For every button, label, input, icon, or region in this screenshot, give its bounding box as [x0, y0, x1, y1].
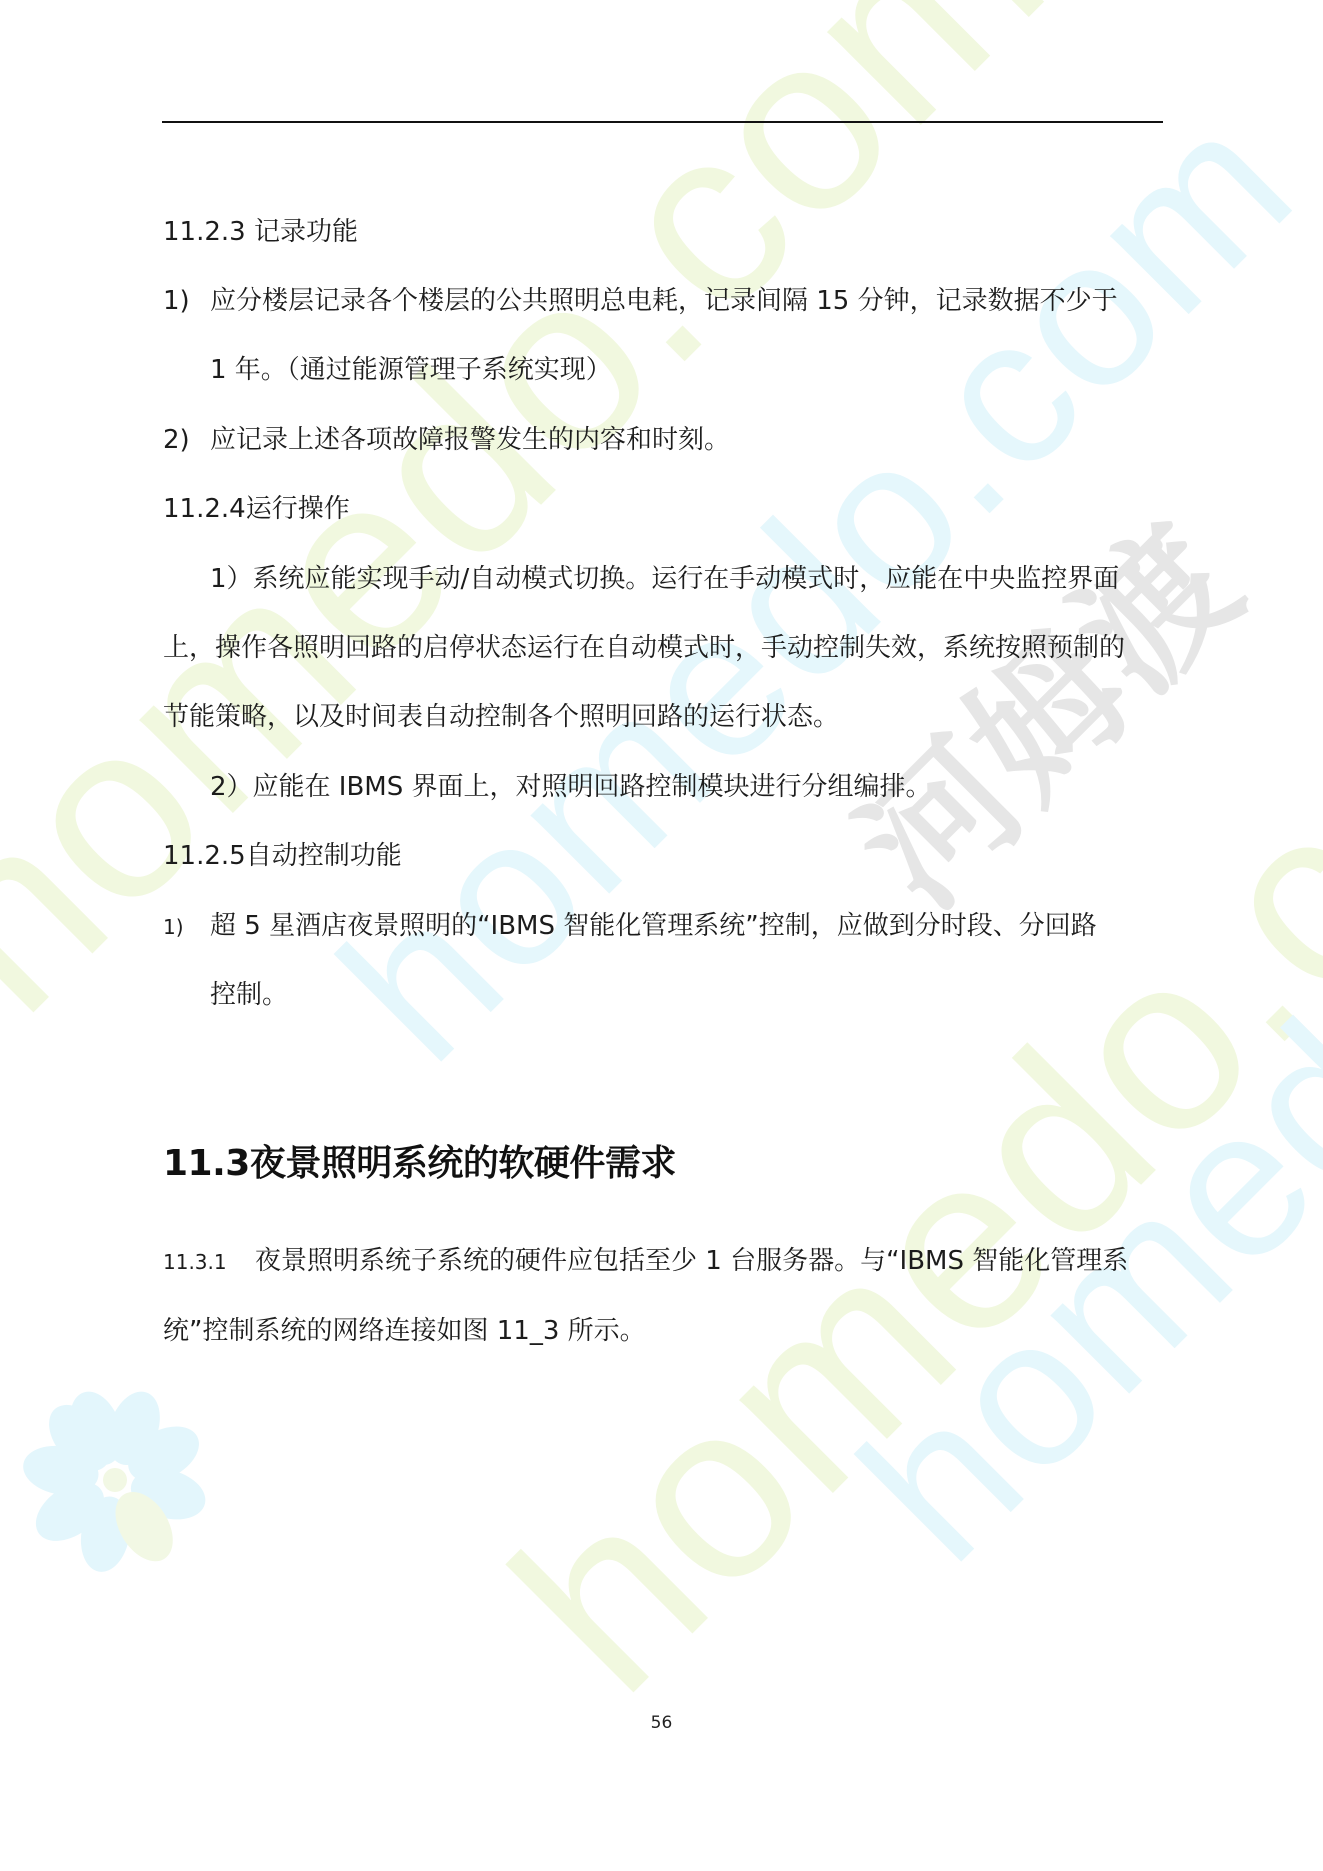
paragraph-1-line-2: 上，操作各照明回路的启停状态运行在自动模式时，手动控制失效，系统按照预制的 — [163, 632, 1125, 664]
list-marker: 2) — [163, 424, 210, 456]
list-item-text: 应记录上述各项故障报警发生的内容和时刻。 — [210, 425, 730, 455]
list-marker: 1) — [163, 285, 210, 317]
homedo-flower-logo-icon — [15, 1380, 215, 1580]
heading-11-2-3: 11.2.3 记录功能 — [163, 216, 358, 248]
subsection-text: 夜景照明系统子系统的硬件应包括至少 1 台服务器。与“IBMS 智能化管理系 — [255, 1246, 1128, 1276]
header-rule — [162, 121, 1163, 123]
paragraph-2: 2）应能在 IBMS 界面上，对照明回路控制模块进行分组编排。 — [210, 771, 932, 803]
heading-11-2-5: 11.2.5自动控制功能 — [163, 840, 402, 872]
paragraph-1-line-1: 1）系统应能实现手动/自动模式切换。运行在手动模式时，应能在中央监控界面 — [210, 563, 1119, 595]
list-item-2: 2)应记录上述各项故障报警发生的内容和时刻。 — [163, 424, 730, 456]
list-item-1-continuation: 1 年。（通过能源管理子系统实现） — [210, 354, 612, 386]
subsection-number: 11.3.1 — [163, 1246, 255, 1278]
paragraph-1-line-3: 节能策略，以及时间表自动控制各个照明回路的运行状态。 — [163, 701, 839, 733]
watermark-homedo-cyan-2: homedo.com — [814, 563, 1323, 1607]
list-item-1: 1)应分楼层记录各个楼层的公共照明总电耗，记录间隔 15 分钟，记录数据不少于 — [163, 285, 1118, 317]
heading-11-2-4: 11.2.4运行操作 — [163, 493, 350, 525]
list-item-text: 应分楼层记录各个楼层的公共照明总电耗，记录间隔 15 分钟，记录数据不少于 — [210, 286, 1118, 316]
watermark-homedo-green-2: homedo.com — [459, 506, 1323, 1745]
subsection-11-3-1-continuation: 统”控制系统的网络连接如图 11_3 所示。 — [163, 1315, 646, 1347]
page-number: 56 — [0, 1713, 1323, 1733]
list-marker: 1) — [163, 911, 210, 943]
watermark-hemudu-cjk: 河姆渡 — [804, 469, 1279, 944]
section-heading-11-3: 11.3夜景照明系统的软硬件需求 — [163, 1142, 676, 1186]
list-item-auto-1-continuation: 控制。 — [210, 979, 288, 1011]
list-item-auto-1: 1)超 5 星酒店夜景照明的“IBMS 智能化管理系统”控制，应做到分时段、分回… — [163, 910, 1097, 943]
subsection-11-3-1: 11.3.1夜景照明系统子系统的硬件应包括至少 1 台服务器。与“IBMS 智能… — [163, 1245, 1128, 1278]
watermark-homedo-green-1: homedo.com — [0, 0, 1098, 1065]
list-item-text: 超 5 星酒店夜景照明的“IBMS 智能化管理系统”控制，应做到分时段、分回路 — [210, 911, 1097, 941]
